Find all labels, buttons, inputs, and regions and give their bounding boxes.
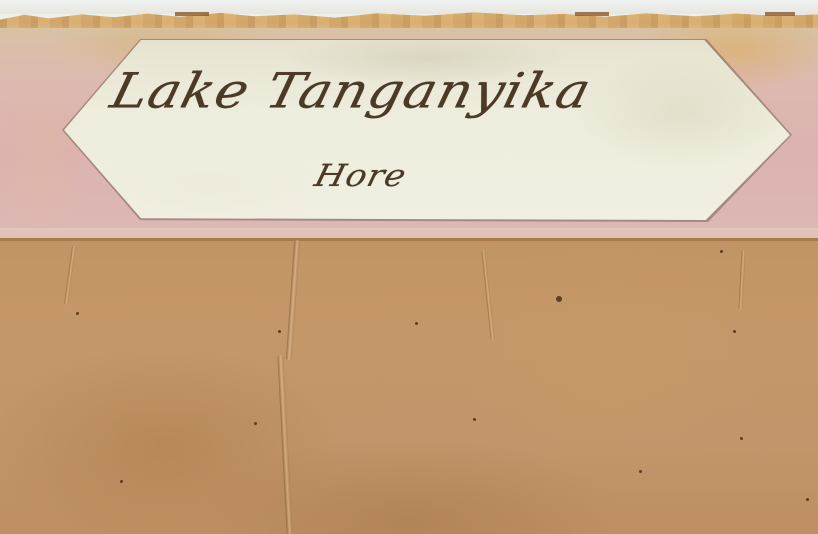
scan-background [0, 0, 818, 14]
paper-speck [806, 498, 809, 501]
paper-speck [120, 480, 123, 483]
paper-speck [76, 312, 79, 315]
label-title-handwriting: Lake Tanganyika [104, 60, 598, 123]
paper-speck [639, 470, 642, 473]
label-author-handwriting: Hore [311, 158, 410, 194]
paper-speck [733, 330, 736, 333]
paper-speck [278, 330, 281, 333]
stain-mark [175, 12, 209, 16]
paper-speck [740, 437, 743, 440]
paper-speck [473, 418, 476, 421]
paper-speck [556, 296, 562, 302]
brown-kraft-paper [0, 238, 818, 534]
paper-speck [720, 250, 723, 253]
stain-mark [575, 12, 609, 16]
stain-mark [765, 12, 795, 16]
paper-speck [415, 322, 418, 325]
brown-paper-top-edge [0, 238, 818, 241]
paper-speck [254, 422, 257, 425]
